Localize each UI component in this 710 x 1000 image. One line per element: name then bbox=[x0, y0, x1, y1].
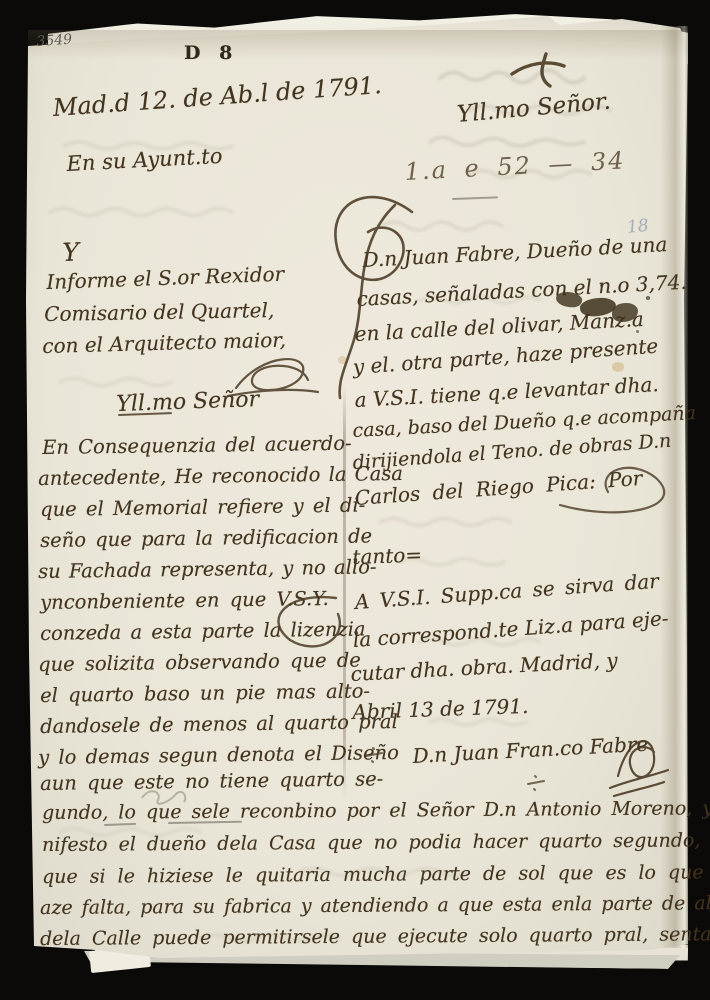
report-line: conzeda a esta parte la lizenzia bbox=[40, 617, 366, 645]
ink-speckle bbox=[646, 296, 650, 300]
foxing-spot bbox=[612, 362, 624, 372]
report-line: seño que para la redificacion de bbox=[40, 524, 372, 552]
foxing-spot bbox=[338, 356, 347, 364]
report-line-wide: gundo, lo que sele reconbino por el Seño… bbox=[42, 797, 710, 824]
report-line: aun que este no tiene quarto se- bbox=[40, 767, 383, 795]
report-line: que el Memorial refiere y el di- bbox=[40, 493, 365, 521]
report-line-wide: dela Calle puede permitirsele que ejecut… bbox=[40, 923, 710, 950]
decree-line: Comisario del Quartel, bbox=[44, 298, 274, 326]
decree-initial: Y bbox=[62, 237, 80, 267]
report-line: ynconbeniente en que V.S.Y. bbox=[40, 587, 329, 614]
petition-line: tanto= bbox=[352, 543, 422, 569]
report-line-wide: nifesto el dueño dela Casa que no podia … bbox=[42, 829, 710, 856]
report-line-wide: aze falta, para su fabrica y atendiendo … bbox=[40, 892, 710, 919]
folio-label: D 8 bbox=[184, 42, 238, 64]
report-line: el quarto baso un pie mas alto- bbox=[40, 679, 370, 707]
ink-speckle bbox=[636, 330, 639, 333]
ink-speckle bbox=[600, 284, 603, 287]
report-line: En Consequenzia del acuerdo- bbox=[42, 432, 352, 459]
report-line-wide: que si le hiziese le quitaria mucha part… bbox=[42, 861, 710, 888]
archival-number: 3549 bbox=[36, 32, 73, 50]
report-line: que solizita observando que de bbox=[38, 648, 361, 676]
report-line: su Fachada representa, y no allo- bbox=[38, 555, 377, 583]
